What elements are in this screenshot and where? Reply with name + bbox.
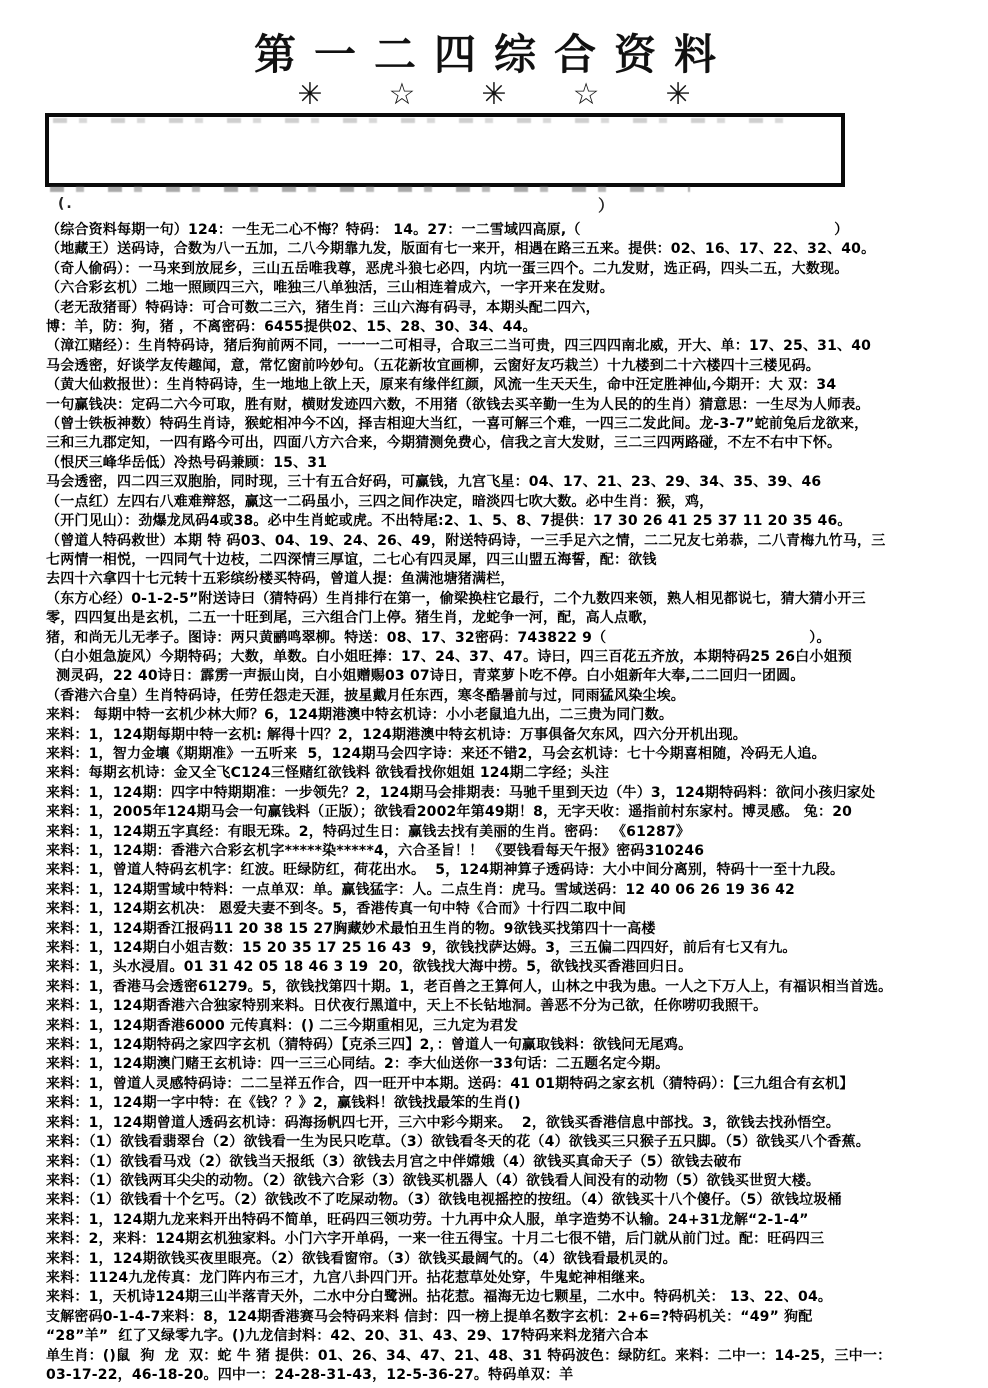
text-line: 马会透密，四二四三双胞胎，同时现，三十有五合好码，可赢钱，九宫飞星：04、17、…: [46, 473, 976, 492]
text-line: 来料：1，124期白小姐吉数：15 20 35 17 25 16 43 9，欲钱…: [46, 939, 976, 958]
text-line: 来料：1，124期香江报码11 20 38 15 27胸藏妙术最怕丑生肖的物。9…: [46, 920, 976, 939]
text-line: （白小姐急旋风）今期特码；大数，单数。白小姐旺捧：17、24、37、47。诗曰，…: [46, 648, 976, 667]
text-line: 来料：1，2005年124期马会一句赢钱料（正版）；欲钱看2002年第49期！8…: [46, 803, 976, 822]
text-line: （一点红）左四右八难难辩怒，赢这一二码虽小，三四之间作决定，暗淡四七吹大数。必中…: [46, 493, 976, 512]
text-line: 来料：（1）欲钱看十个乞丐。（2）欲钱改不了吃屎动物。（3）欲钱电视摇控的按纽。…: [46, 1191, 976, 1210]
text-line: 来料： 每期中特一玄机少林大师？6，124期港澳中特玄机诗：小小老鼠追九出，二三…: [46, 706, 976, 725]
text-line: 去四十六拿四十七元转十五彩缤纷楼买特码，曾道人提：鱼满池塘猪满栏，: [46, 570, 976, 589]
text-line: 来料：1，天机诗124期三山半落青天外，二水中分白鹭洲。拈花惹。福海无边七颗星，…: [46, 1288, 976, 1307]
print-artifact-right: ）: [598, 193, 614, 216]
text-line: 支解密码0-1-4-7来料：8，124期香港赛马会特码来料 信封：四一榜上提单名…: [46, 1308, 976, 1327]
print-artifact-smudge: [53, 118, 793, 123]
text-line: （六合彩玄机）二地一照顾四三六，唯独三八单独活，三山相连着成六，一字开来在发财。: [46, 279, 976, 298]
text-line: （综合资料每期一句）124：一生无二心不悔？特码： 14。27：一二雪域四高原,…: [46, 221, 976, 240]
text-line: 来料：1，香港马会透密61279。5，欲钱找第四十期。1，老百兽之王算何人，山林…: [46, 978, 976, 997]
text-line: 来料：1，124期曾道人透码玄机诗：码海扬帆四七开，三六中彩今期来。 2，欲钱买…: [46, 1114, 976, 1133]
text-line: 三和三九郡定知，一四有路今可出，四面八方六合来，今期猜测免费心，信我之言大发财，…: [46, 434, 976, 453]
text-line: 一句赢钱决：定码二六今可取，胜有财，横财发迹四六数，不用猪（欲钱去买辛勤一生为人…: [46, 396, 976, 415]
text-line: 来料：（1）欲钱看马戏（2）欲钱当天报纸（3）欲钱去月宫之中伴嫦娥（4）欲钱买真…: [46, 1153, 976, 1172]
text-line: 来料：1，124期欲钱买夜里眼亮。（2）欲钱看窗帘。（3）欲钱买最阔气的。（4）…: [46, 1250, 976, 1269]
text-line: 来料：1，曾道人特码玄机字：红波。旺绿防红，荷花出水。 5，124期神算子透码诗…: [46, 861, 976, 880]
text-line: 来料：（1）欲钱看翡翠台（2）欲钱看一生为民只吃草。（3）欲钱看冬天的花（4）欲…: [46, 1133, 976, 1152]
text-line: （老无敌猪哥）特码诗：可合可数二三六，猪生肖：三山六海有码寻，本期头配二四六，: [46, 299, 976, 318]
text-line: （开门见山）：劲爆龙凤码4或38。必中生肖蛇或虎。不出特尾:2、1、5、8、7提…: [46, 512, 976, 531]
text-line: 来料：1，124期九龙来料开出特码不简单，旺码四三领功劳。十九再中众人服，单字造…: [46, 1211, 976, 1230]
text-line: 零，四四复出是玄机，二五一十旺到尾，三六组合门上停。猪生肖，龙蛇争一河，配，高人…: [46, 609, 976, 628]
text-line: 七两情一相悦，一四同气十边枝，二四深情三厚谊，二七心有四灵犀，四三山盟五海誓，配…: [46, 551, 976, 570]
text-line: （恨厌三峰华岳低）冷热号码兼顾：15、31: [46, 454, 976, 473]
notice-box: [45, 113, 845, 187]
star-icon: ☆: [389, 76, 416, 114]
document-page: 第一二四综合资料 ✳☆✳☆✳ (. ） （综合资料每期一句）124：一生无二心不…: [0, 0, 988, 1388]
text-line: “28”羊” 红了又绿零九字。()九龙信封料：42、20、31、43、29、17…: [46, 1327, 976, 1346]
print-artifact-left: (.: [58, 196, 74, 212]
text-line: 来料：1，124期：香港六合彩玄机字*****染*****4，六合圣旨！！ 《要…: [46, 842, 976, 861]
text-line: （黄大仙救报世）：生肖特码诗，生一地地上欲上天，原来有缘伴红颜，风流一生天天生，…: [46, 376, 976, 395]
text-line: 来料：1，124期一字中特：在《钱？？》2，赢钱料！欲钱找最笨的生肖(): [46, 1094, 976, 1113]
text-line: 来料：每期玄机诗：金又全飞C124三怪赌红欲钱料 欲钱看找你姐姐 124期二字经…: [46, 764, 976, 783]
text-line: 猪，和尚无儿无孝子。图诗：两只黄鹂鸣翠柳。特送：08、17、32密码：74382…: [46, 629, 976, 648]
text-line: 来料：1，124期特码之家四字玄机（猜特码）【克杀三四】2，：曾道人一句赢取钱料…: [46, 1036, 976, 1055]
page-title: 第一二四综合资料: [0, 22, 988, 82]
print-artifact-smudge: [50, 186, 690, 192]
asterisk-icon: ✳: [481, 76, 506, 114]
text-line: 来料：1，124期澳门赌王玄机诗：四一三三心同结。2：李大仙送你一33句话：二五…: [46, 1055, 976, 1074]
text-line: 博：羊，防：狗，猪 ，不离密码：6455提供02、15、28、30、34、44。: [46, 318, 976, 337]
text-line: 来料：1，智力金壤《期期准》一五听来 5，124期马会四字诗：来还不错2，马会玄…: [46, 745, 976, 764]
text-line: （曾士铁板神数）特码生肖诗，猴蛇相冲今不凶，择吉相迎大当红，一喜可解三个难，一四…: [46, 415, 976, 434]
text-line: 马会透密，好谈学友传趣闻，意，常忆窗前吟妙句。（五花新妆宜画柳，云窗好友巧栽兰）…: [46, 357, 976, 376]
text-line: 测灵码，22 40诗日：霹雳一声振山岗，白小姐赠赐03 07诗日，青菜萝卜吃不停…: [46, 667, 976, 686]
text-line: 03-17-22，46-18-20。四中一：24-28-31-43，12-5-3…: [46, 1366, 976, 1385]
text-line: 来料：1，124期雪域中特料：一点单双：单。赢钱猛字：人。二点生肖：虎马。雪域送…: [46, 881, 976, 900]
text-line: 来料：1，头水浸眉。01 31 42 05 18 46 3 19 20，欲钱找大…: [46, 958, 976, 977]
star-icon: ☆: [573, 76, 600, 114]
text-line: 来料：1，曾道人灵感特码诗：二二呈祥五作合，四一旺开中本期。送码：41 01期特…: [46, 1075, 976, 1094]
text-line: 来料：1，124期玄机决： 恩爱夫妻不到冬。5，香港传真一句中特《合而》十行四二…: [46, 900, 976, 919]
text-line: 来料：1，124期：四字中特期期准：一步领先？2，124期马会排期表：马驰千里到…: [46, 784, 976, 803]
text-line: 来料：1，124期香港六合独家特别来料。日伏夜行黑道中，天上不长钻地洞。善恶不分…: [46, 997, 976, 1016]
decor-symbols-row: ✳☆✳☆✳: [0, 76, 988, 114]
text-line: （奇人偷码）：一马来到放屁乡，三山五岳唯我尊，恶虎斗狼七必四，内坑一蛋三四个。二…: [46, 260, 976, 279]
text-line: 来料：1，124期香港6000 元传真料：() 二三今期重相见，三九定为君发: [46, 1017, 976, 1036]
text-line: （漳江赌经）：生肖特码诗，猪后狗前两不同，一一一二可相寻，合取三二当可贵，四三四…: [46, 337, 976, 356]
text-line: （地藏王）送码诗，合数为八一五加，二八今期靠九发，版面有七一来开，相遇在路三五来…: [46, 240, 976, 259]
text-line: 来料：1，124期每期中特一玄机: 解得十四？2，124期港澳中特玄机诗：万事俱…: [46, 726, 976, 745]
content-lines: （综合资料每期一句）124：一生无二心不悔？特码： 14。27：一二雪域四高原,…: [46, 221, 976, 1385]
text-line: （曾道人特码救世）本期 特 码03、04、19、24、26、49，附送特码诗，一…: [46, 532, 976, 551]
asterisk-icon: ✳: [297, 76, 322, 114]
text-line: （香港六合皇）生肖特码诗，任劳任怨走天涯，披星戴月任东西，寒冬酷暑前与过，同雨猛…: [46, 687, 976, 706]
text-line: （东方心经）0-1-2-5”附送诗曰（猜特码）生肖排行在第一，偷梁换柱它最行，二…: [46, 590, 976, 609]
asterisk-icon: ✳: [665, 76, 690, 114]
text-line: 来料：2，来料：124期玄机独家料。小门六字开单码，一来一往五得宝。十月二七很不…: [46, 1230, 976, 1249]
text-line: 来料：1，124期五字真经：有眼无珠。2，特码过生日：赢钱去找有美丽的生肖。密码…: [46, 823, 976, 842]
text-line: 单生肖：()鼠 狗 龙 双：蛇 牛 猪 提供：01、26、34、47、21、48…: [46, 1347, 976, 1366]
text-line: 来料：（1）欲钱两耳尖尖的动物。（2）欲钱六合彩（3）欲钱买机器人（4）欲钱看人…: [46, 1172, 976, 1191]
text-line: 来料：1124九龙传真：龙门阵内布三才，九宫八卦四门开。拈花惹草处处穿，牛鬼蛇神…: [46, 1269, 976, 1288]
